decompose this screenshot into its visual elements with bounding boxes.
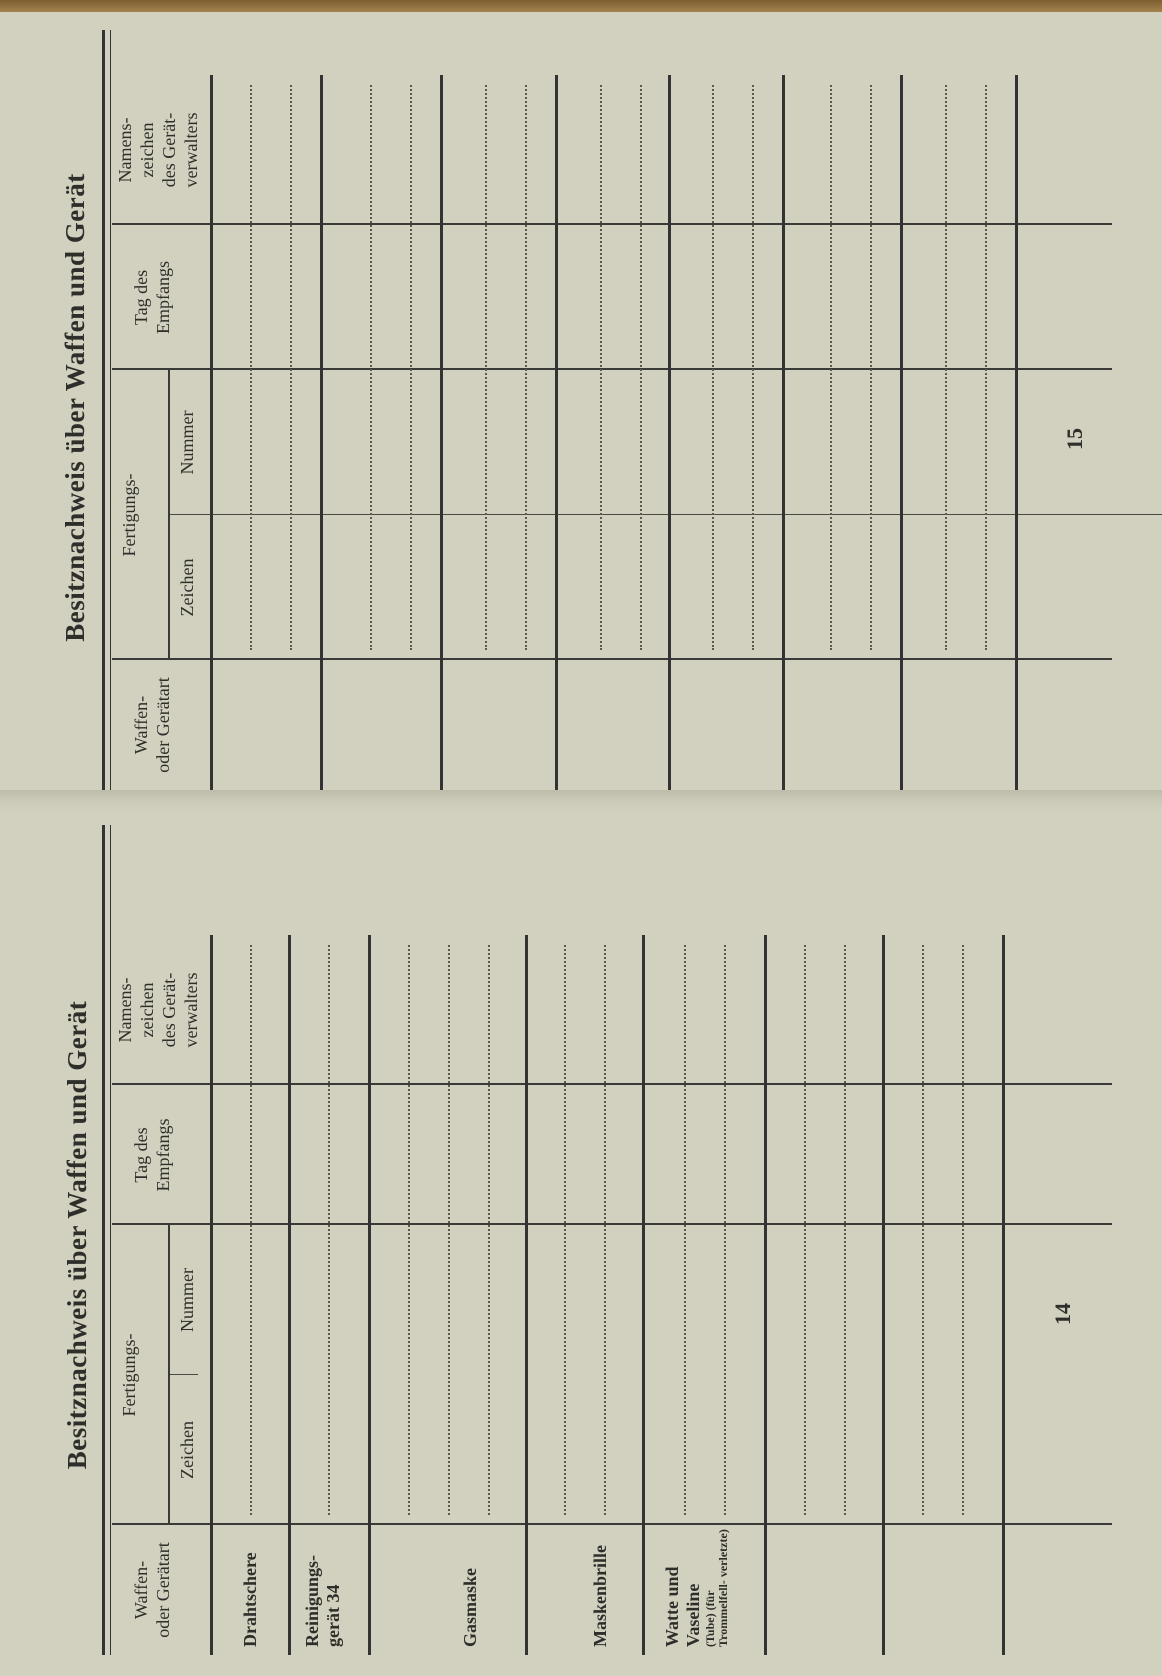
- entry-line[interactable]: [410, 85, 412, 650]
- header-item-type: Waffen- oder Gerätart: [130, 1525, 174, 1655]
- header-text: des Gerät-: [158, 75, 180, 225]
- entry-line[interactable]: [408, 945, 410, 1515]
- entry-line[interactable]: [640, 85, 642, 650]
- header-text: oder Gerätart: [152, 1525, 174, 1655]
- header-text: Empfangs: [152, 225, 174, 370]
- page-number: 15: [1062, 428, 1088, 450]
- entry-line[interactable]: [945, 85, 947, 650]
- row-label-watte-vaseline: Watte und Vaseline (Tube) (für Trommelfe…: [662, 1527, 730, 1647]
- entry-line[interactable]: [485, 85, 487, 650]
- entry-line[interactable]: [962, 945, 964, 1515]
- row-divider: [782, 75, 785, 790]
- header-text: zeichen: [136, 935, 158, 1085]
- column-divider: [170, 514, 1162, 515]
- header-text: verwalters: [180, 75, 202, 225]
- page-title: Besitznachweis über Waffen und Gerät: [62, 805, 93, 1665]
- header-double-rule: [102, 825, 111, 1655]
- header-text: Namens-: [114, 75, 136, 225]
- entry-line[interactable]: [752, 85, 754, 650]
- row-divider: [368, 935, 371, 1655]
- header-text: Tag des: [130, 225, 152, 370]
- row-divider: [668, 75, 671, 790]
- row-label-reinigungsgeraet: Reinigungs- gerät 34: [302, 1537, 344, 1647]
- header-nummer: Nummer: [176, 370, 198, 515]
- header-nummer: Nummer: [176, 1225, 198, 1375]
- row-divider: [440, 75, 443, 790]
- entry-line[interactable]: [290, 85, 292, 650]
- header-sub-rule: [168, 1225, 170, 1525]
- row-divider: [555, 75, 558, 790]
- row-divider: [288, 935, 291, 1655]
- header-zeichen: Zeichen: [176, 1375, 198, 1525]
- header-tag-des-empfangs: Tag des Empfangs: [130, 225, 174, 370]
- header-text: zeichen: [136, 75, 158, 225]
- entry-line[interactable]: [922, 945, 924, 1515]
- entry-line[interactable]: [830, 85, 832, 650]
- column-divider: [112, 1524, 1112, 1526]
- column-divider: [112, 224, 1112, 226]
- header-text: Empfangs: [152, 1085, 174, 1225]
- row-divider: [642, 935, 645, 1655]
- entry-line[interactable]: [712, 85, 714, 650]
- row-divider: [525, 935, 528, 1655]
- header-text: Tag des: [130, 1085, 152, 1225]
- header-namenszeichen: Namens- zeichen des Gerät- verwalters: [114, 935, 202, 1085]
- header-text: Waffen-: [130, 1525, 152, 1655]
- entry-line[interactable]: [328, 945, 330, 1515]
- entry-line[interactable]: [488, 945, 490, 1515]
- header-text: oder Gerätart: [152, 660, 174, 790]
- header-text: Waffen-: [130, 660, 152, 790]
- row-divider: [900, 75, 903, 790]
- entry-line[interactable]: [985, 85, 987, 650]
- entry-line[interactable]: [804, 945, 806, 1515]
- page-14: Besitznachweis über Waffen und Gerät Waf…: [50, 805, 1162, 1665]
- row-label-drahtschere: Drahtschere: [240, 1527, 261, 1647]
- header-zeichen: Zeichen: [176, 515, 198, 660]
- row-label-gasmaske: Gasmaske: [460, 1527, 481, 1647]
- entry-line[interactable]: [525, 85, 527, 650]
- row-divider: [1015, 75, 1018, 790]
- column-divider: [112, 659, 1112, 661]
- row-label-maskenbrille: Maskenbrille: [590, 1527, 611, 1647]
- row-divider: [882, 935, 885, 1655]
- page-number: 14: [1050, 1303, 1076, 1325]
- header-sub-divider: [170, 1374, 198, 1375]
- page-15: Besitznachweis über Waffen und Gerät Waf…: [50, 15, 1162, 800]
- entry-line[interactable]: [870, 85, 872, 650]
- row-divider: [1002, 935, 1005, 1655]
- entry-line[interactable]: [448, 945, 450, 1515]
- header-text: verwalters: [180, 935, 202, 1085]
- entry-line[interactable]: [684, 945, 686, 1515]
- entry-line[interactable]: [844, 945, 846, 1515]
- entry-line[interactable]: [250, 945, 252, 1515]
- header-namenszeichen: Namens- zeichen des Gerät- verwalters: [114, 75, 202, 225]
- entry-line[interactable]: [564, 945, 566, 1515]
- header-item-type: Waffen- oder Gerätart: [130, 660, 174, 790]
- header-text: des Gerät-: [158, 935, 180, 1085]
- column-divider: [112, 369, 1112, 371]
- header-fertigungs: Fertigungs-: [118, 370, 140, 660]
- entry-line[interactable]: [600, 85, 602, 650]
- header-double-rule: [102, 30, 111, 790]
- header-text: Namens-: [114, 935, 136, 1085]
- row-sublabel-text: (Tube) (für Trommelfell- verletzte): [704, 1527, 730, 1647]
- header-bottom-rule: [210, 75, 213, 790]
- entry-line[interactable]: [604, 945, 606, 1515]
- page-title: Besitznachweis über Waffen und Gerät: [60, 15, 91, 800]
- header-fertigungs: Fertigungs-: [118, 1225, 140, 1525]
- entry-line[interactable]: [250, 85, 252, 650]
- row-divider: [320, 75, 323, 790]
- entry-line[interactable]: [370, 85, 372, 650]
- row-label-text: Watte und Vaseline: [662, 1566, 703, 1647]
- header-bottom-rule: [210, 935, 213, 1655]
- entry-line[interactable]: [724, 945, 726, 1515]
- header-sub-rule: [168, 370, 170, 660]
- row-divider: [764, 935, 767, 1655]
- header-tag-des-empfangs: Tag des Empfangs: [130, 1085, 174, 1225]
